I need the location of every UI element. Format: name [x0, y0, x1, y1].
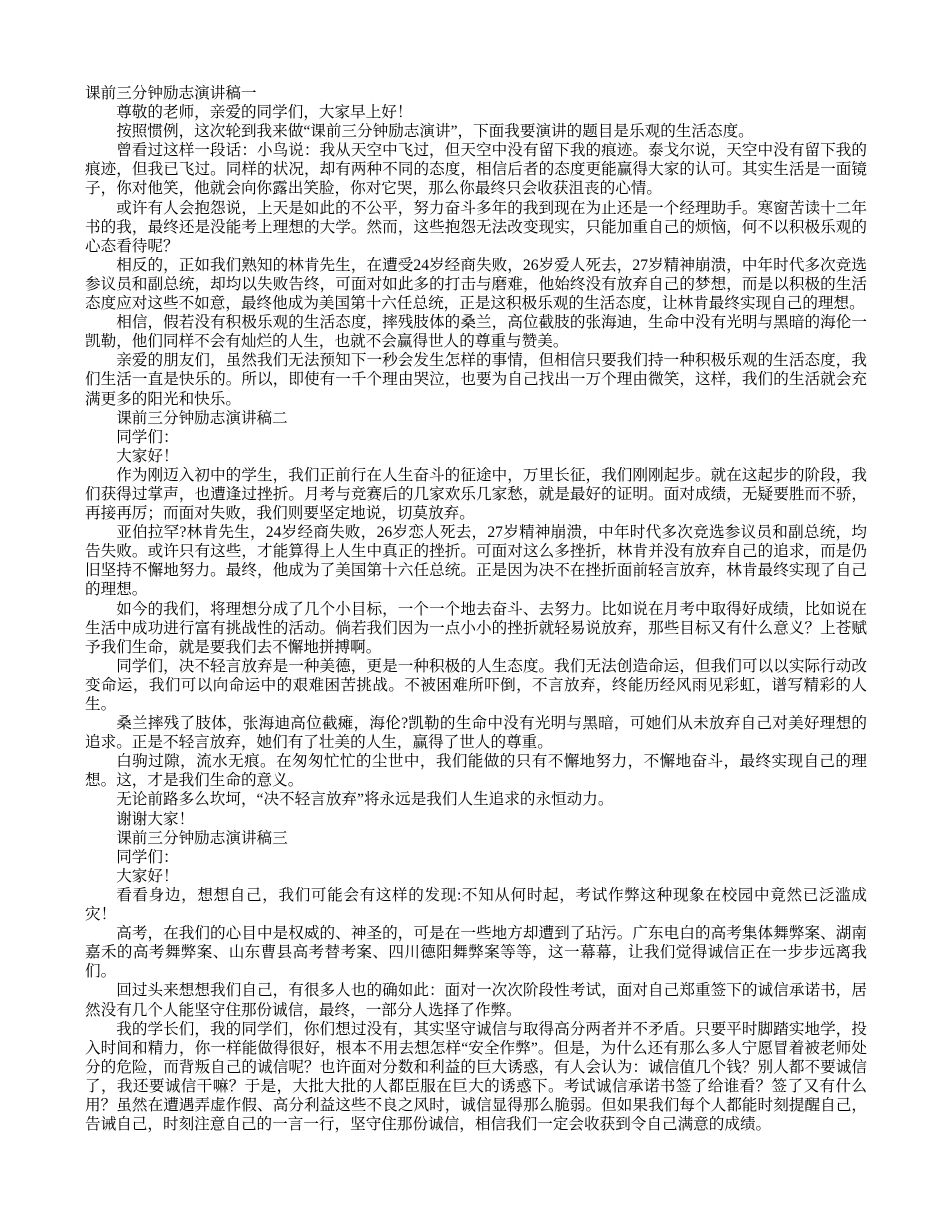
paragraph: 曾看过这样一段话：小鸟说：我从天空中飞过，但天空中没有留下我的痕迹。泰戈尔说，天…	[85, 141, 867, 198]
paragraph: 同学们：	[85, 848, 867, 867]
paragraph: 亲爱的朋友们，虽然我们无法预知下一秒会发生怎样的事情，但相信只要我们持一种积极乐…	[85, 351, 867, 408]
section-title: 课前三分钟励志演讲稿一	[85, 84, 867, 103]
paragraph: 谢谢大家！	[85, 810, 867, 829]
paragraph: 同学们：	[85, 428, 867, 447]
paragraph: 我的学长们，我的同学们，你们想过没有，其实坚守诚信与取得高分两者并不矛盾。只要平…	[85, 1020, 867, 1135]
paragraph: 相反的，正如我们熟知的林肯先生，在遭受24岁经商失败，26岁爱人死去，27岁精神…	[85, 256, 867, 313]
paragraph: 亚伯拉罕?林肯先生，24岁经商失败，26岁恋人死去，27岁精神崩溃，中年时代多次…	[85, 523, 867, 599]
paragraph: 尊敬的老师，亲爱的同学们，大家早上好！	[85, 103, 867, 122]
section-title: 课前三分钟励志演讲稿三	[85, 829, 867, 848]
paragraph: 高考，在我们的心目中是权威的、神圣的，可是在一些地方却遭到了玷污。广东电白的高考…	[85, 924, 867, 981]
section-title: 课前三分钟励志演讲稿二	[85, 409, 867, 428]
paragraph: 桑兰摔残了肢体，张海迪高位截瘫，海伦?凯勒的生命中没有光明与黑暗，可她们从未放弃…	[85, 714, 867, 752]
document-page: 课前三分钟励志演讲稿一尊敬的老师，亲爱的同学们，大家早上好！按照惯例，这次轮到我…	[0, 0, 950, 1230]
document-text: 课前三分钟励志演讲稿一尊敬的老师，亲爱的同学们，大家早上好！按照惯例，这次轮到我…	[85, 84, 867, 1134]
paragraph: 相信，假若没有积极乐观的生活态度，摔残肢体的桑兰，高位截肢的张海迪，生命中没有光…	[85, 313, 867, 351]
paragraph: 如今的我们，将理想分成了几个小目标，一个一个地去奋斗、去努力。比如说在月考中取得…	[85, 600, 867, 657]
paragraph: 白驹过隙，流水无痕。在匆匆忙忙的尘世中，我们能做的只有不懈地努力，不懈地奋斗，最…	[85, 752, 867, 790]
paragraph: 按照惯例，这次轮到我来做“课前三分钟励志演讲”，下面我要演讲的题目是乐观的生活态…	[85, 122, 867, 141]
paragraph: 看看身边，想想自己，我们可能会有这样的发现:不知从何时起，考试作弊这种现象在校园…	[85, 886, 867, 924]
paragraph: 同学们，决不轻言放弃是一种美德，更是一种积极的人生态度。我们无法创造命运，但我们…	[85, 657, 867, 714]
paragraph: 大家好！	[85, 867, 867, 886]
paragraph: 回过头来想想我们自己，有很多人也的确如此：面对一次次阶段性考试，面对自己郑重签下…	[85, 981, 867, 1019]
paragraph: 作为刚迈入初中的学生，我们正前行在人生奋斗的征途中，万里长征，我们刚刚起步。就在…	[85, 466, 867, 523]
paragraph: 无论前路多么坎坷，“决不轻言放弃”将永远是我们人生追求的永恒动力。	[85, 790, 867, 809]
paragraph: 或许有人会抱怨说，上天是如此的不公平，努力奋斗多年的我到现在为止还是一个经理助手…	[85, 199, 867, 256]
paragraph: 大家好！	[85, 447, 867, 466]
